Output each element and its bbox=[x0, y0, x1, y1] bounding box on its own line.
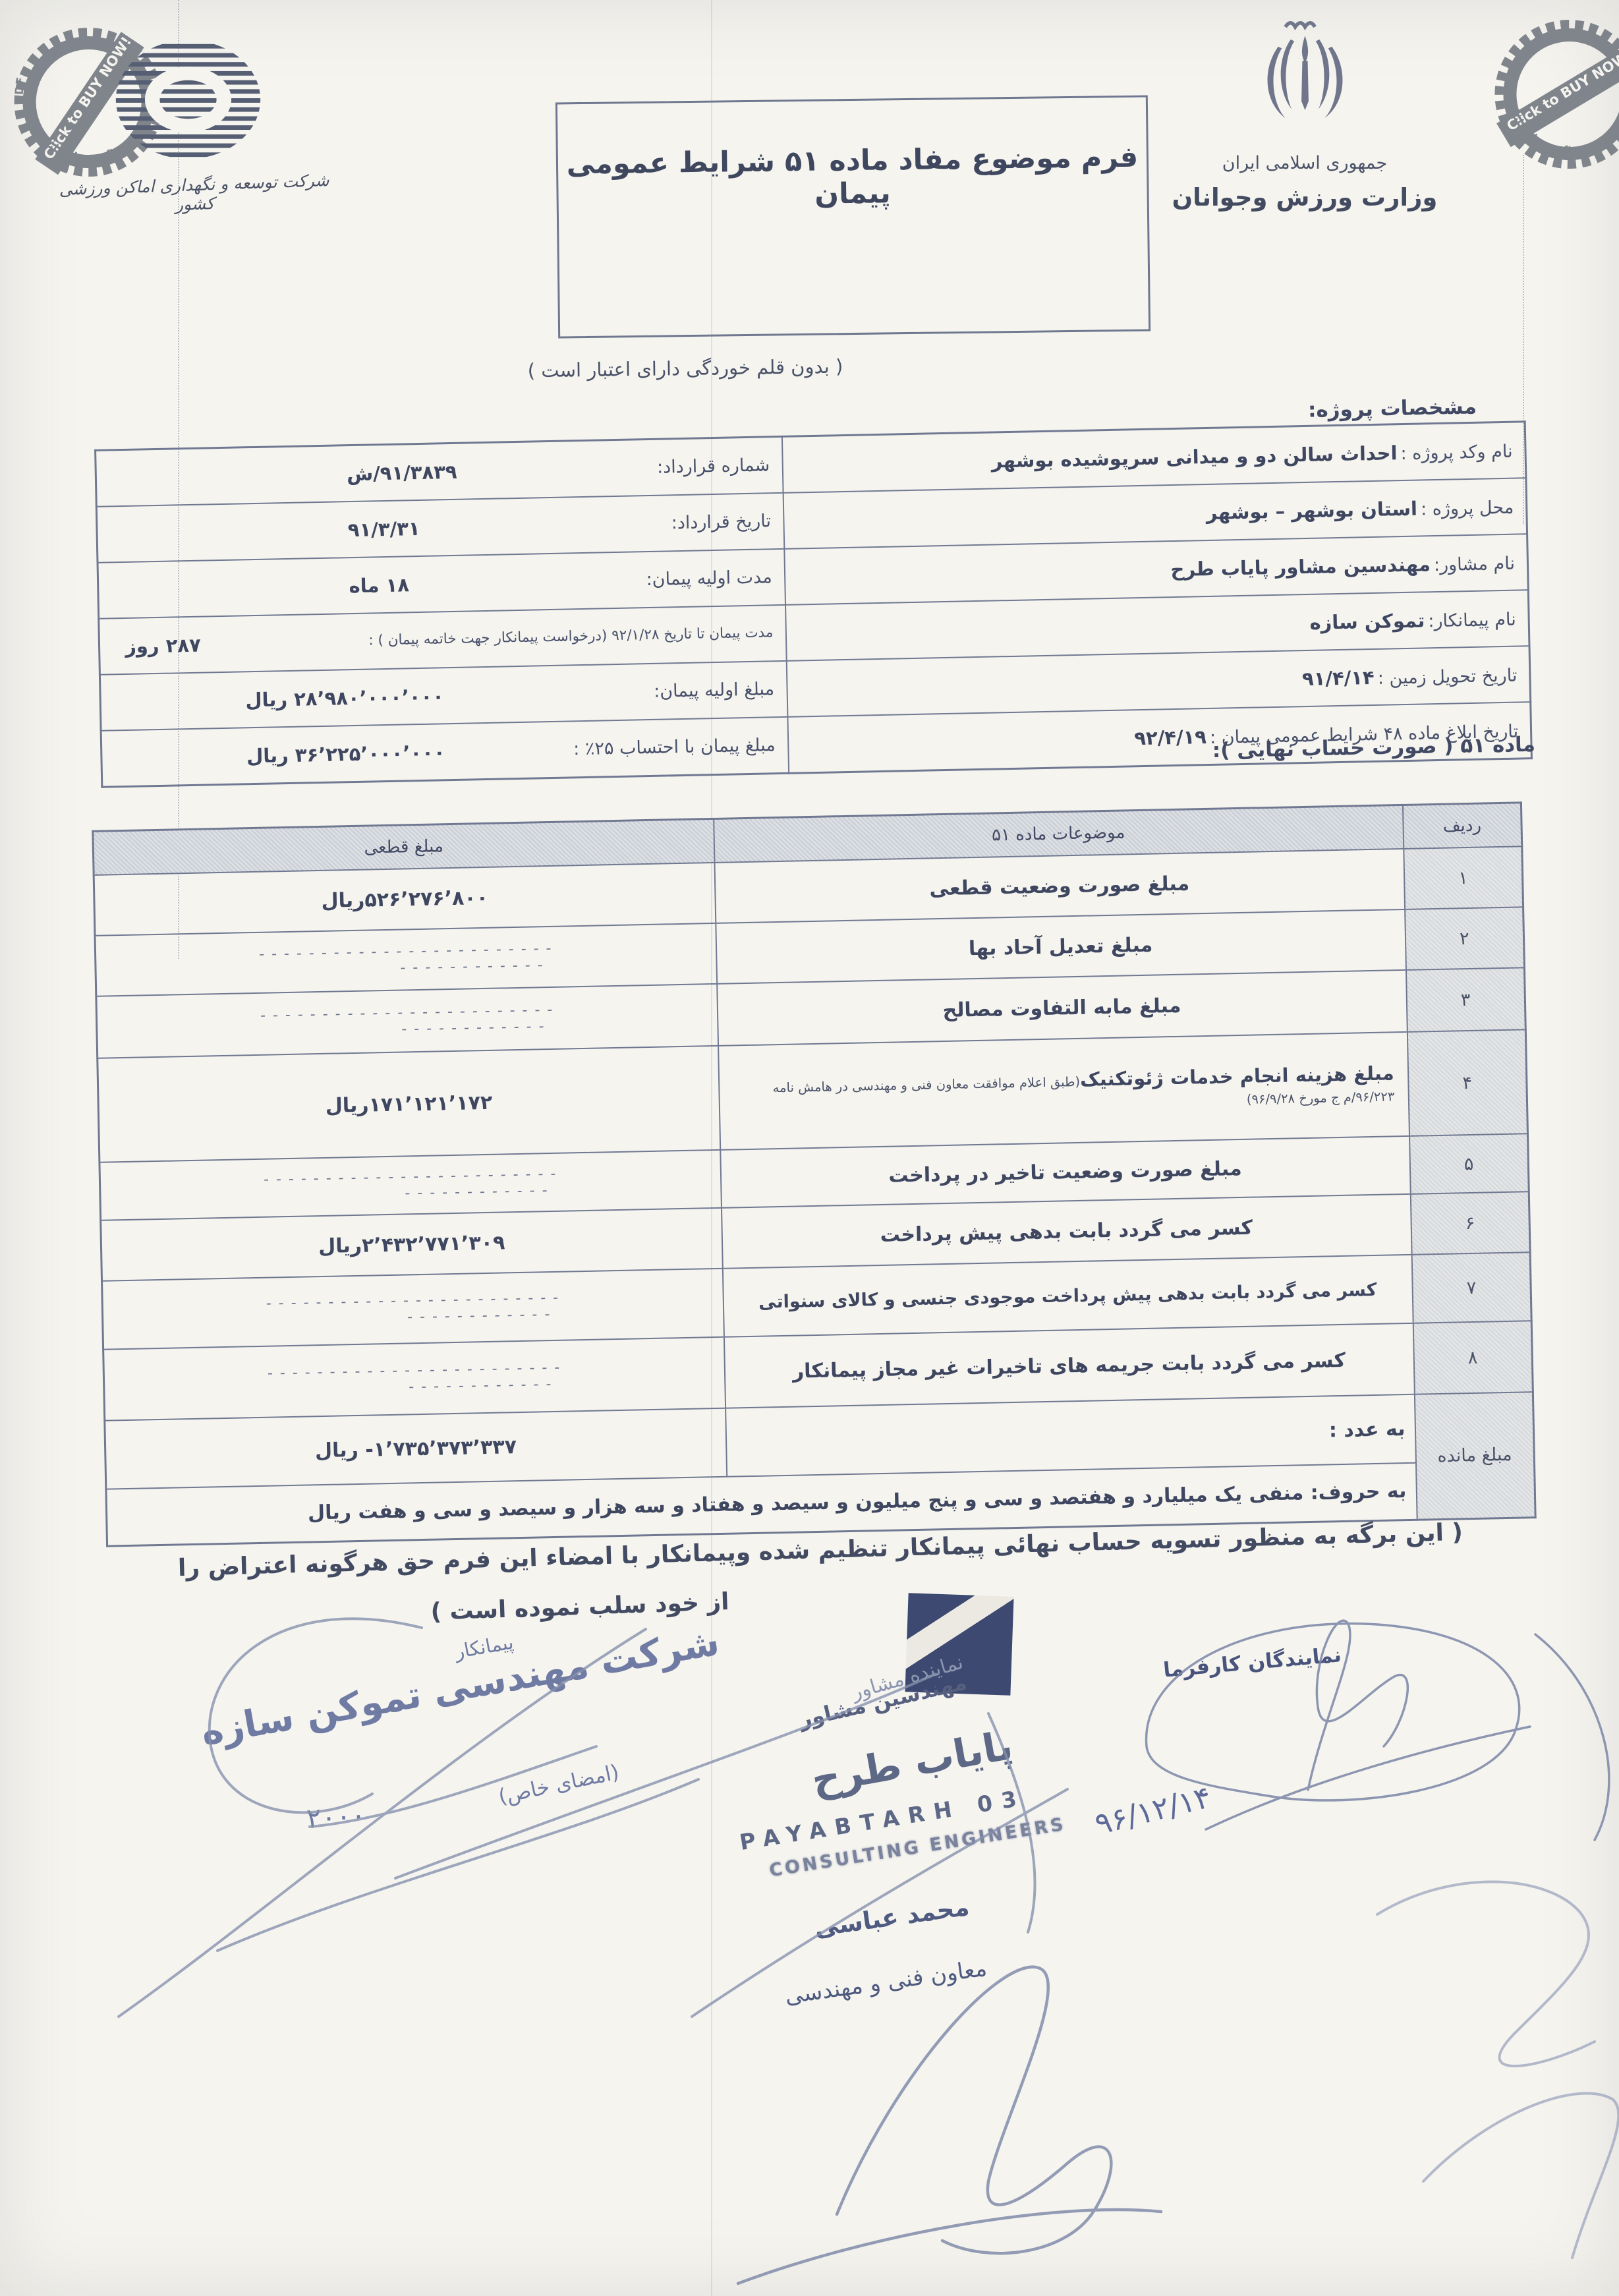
signature-strokes bbox=[0, 0, 1619, 2296]
scanned-form-page: PDF Click to BUY NOW! www.tracker-softwa… bbox=[0, 0, 1619, 2296]
